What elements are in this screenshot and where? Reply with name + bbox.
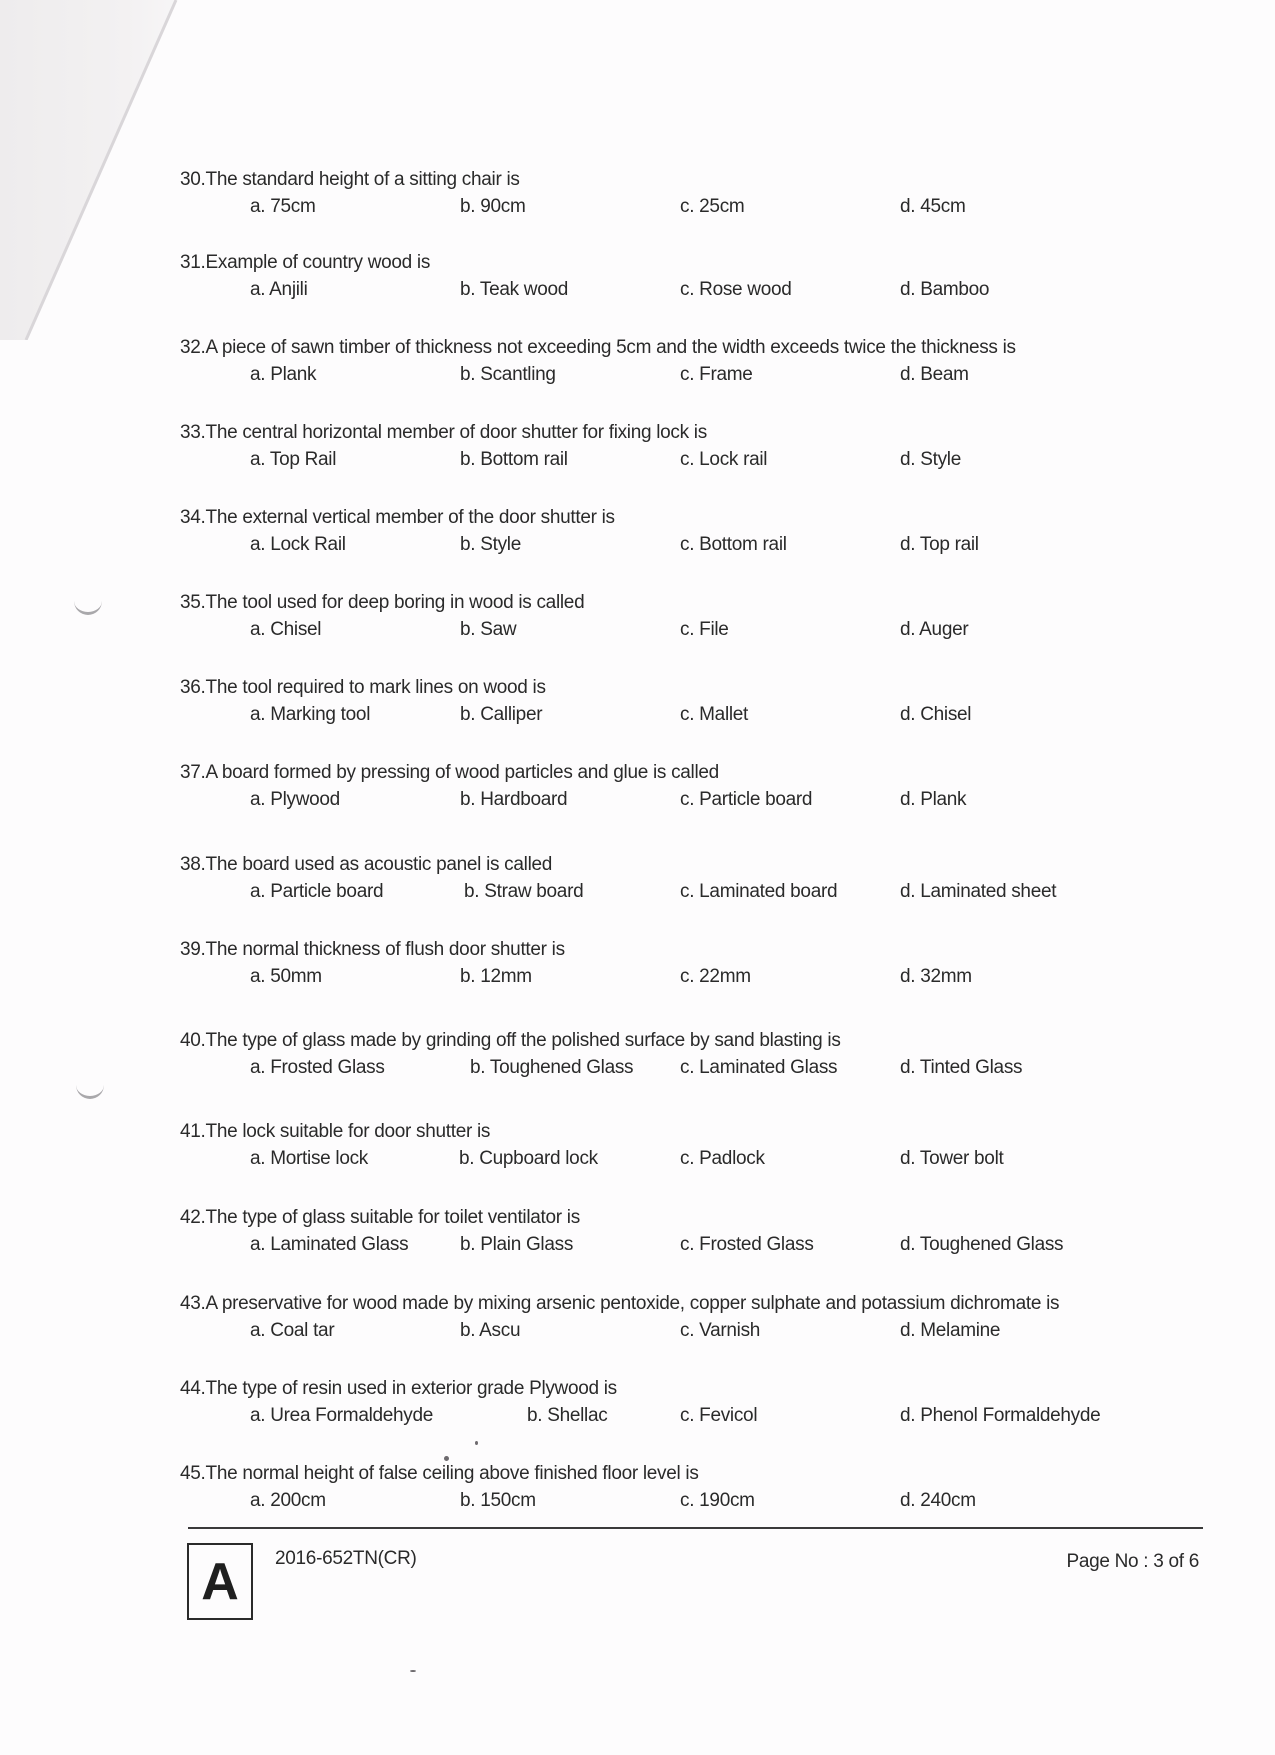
option-d[interactable]: d. Beam xyxy=(900,364,969,386)
option-c[interactable]: c. Laminated board xyxy=(680,881,837,903)
question-text: The normal height of false ceiling above… xyxy=(206,1463,699,1484)
question-44: 44.The type of resin used in exterior gr… xyxy=(180,1378,617,1429)
option-d[interactable]: d. Laminated sheet xyxy=(900,881,1056,903)
option-d[interactable]: d. Tower bolt xyxy=(900,1148,1003,1170)
option-d[interactable]: d. Chisel xyxy=(900,704,971,726)
exam-code: 2016-652TN(CR) xyxy=(275,1548,417,1570)
set-letter: A xyxy=(201,1552,239,1612)
punch-hole-mark-bottom xyxy=(76,1082,104,1099)
option-b[interactable]: b. Teak wood xyxy=(460,279,568,301)
option-row: a. Lock Rail b. Style c. Bottom rail d. … xyxy=(180,534,615,558)
question-41: 41.The lock suitable for door shutter is… xyxy=(180,1121,490,1172)
option-a[interactable]: a. Coal tar xyxy=(250,1320,334,1342)
question-number: 45. xyxy=(180,1463,206,1484)
option-a[interactable]: a. Mortise lock xyxy=(250,1148,368,1170)
punch-hole-mark-top xyxy=(74,598,102,615)
question-text: Example of country wood is xyxy=(206,252,431,273)
question-text: The external vertical member of the door… xyxy=(206,507,615,528)
question-40: 40.The type of glass made by grinding of… xyxy=(180,1030,841,1081)
scan-speck xyxy=(410,1670,416,1672)
option-row: a. Frosted Glass b. Toughened Glass c. L… xyxy=(180,1057,841,1081)
option-c[interactable]: c. Varnish xyxy=(680,1320,760,1342)
option-c[interactable]: c. Particle board xyxy=(680,789,812,811)
option-d[interactable]: d. Toughened Glass xyxy=(900,1234,1063,1256)
question-number: 43. xyxy=(180,1293,206,1314)
option-c[interactable]: c. 190cm xyxy=(680,1490,755,1512)
option-a[interactable]: a. Frosted Glass xyxy=(250,1057,385,1079)
question-39: 39.The normal thickness of flush door sh… xyxy=(180,939,565,990)
option-a[interactable]: a. Particle board xyxy=(250,881,383,903)
option-row: a. 75cm b. 90cm c. 25cm d. 45cm xyxy=(180,196,520,220)
question-text: The standard height of a sitting chair i… xyxy=(206,169,520,190)
question-text: The type of glass made by grinding off t… xyxy=(206,1030,841,1051)
question-text: The lock suitable for door shutter is xyxy=(206,1121,491,1142)
option-d[interactable]: d. 32mm xyxy=(900,966,972,988)
question-stem: 36.The tool required to mark lines on wo… xyxy=(180,677,546,699)
option-c[interactable]: c. Laminated Glass xyxy=(680,1057,837,1079)
option-b[interactable]: b. Toughened Glass xyxy=(470,1057,633,1079)
question-text: The tool required to mark lines on wood … xyxy=(206,677,546,698)
question-text: The type of resin used in exterior grade… xyxy=(206,1378,617,1399)
option-c[interactable]: c. File xyxy=(680,619,729,641)
question-number: 44. xyxy=(180,1378,206,1399)
question-number: 35. xyxy=(180,592,206,613)
scan-speck xyxy=(444,1456,449,1461)
option-a[interactable]: a. Lock Rail xyxy=(250,534,346,556)
question-number: 34. xyxy=(180,507,206,528)
question-stem: 30.The standard height of a sitting chai… xyxy=(180,169,520,191)
question-number: 39. xyxy=(180,939,206,960)
question-stem: 34.The external vertical member of the d… xyxy=(180,507,615,529)
question-32: 32.A piece of sawn timber of thickness n… xyxy=(180,337,1016,388)
question-stem: 41.The lock suitable for door shutter is xyxy=(180,1121,490,1143)
option-b[interactable]: b. Calliper xyxy=(460,704,542,726)
option-d[interactable]: d. Bamboo xyxy=(900,279,989,301)
question-stem: 43.A preservative for wood made by mixin… xyxy=(180,1293,1059,1315)
page-number: Page No : 3 of 6 xyxy=(1066,1551,1199,1573)
question-number: 31. xyxy=(180,252,206,273)
option-b[interactable]: b. Scantling xyxy=(460,364,556,386)
question-text: The type of glass suitable for toilet ve… xyxy=(206,1207,580,1228)
option-row: a. Coal tar b. Ascu c. Varnish d. Melami… xyxy=(180,1320,1059,1344)
footer-divider xyxy=(188,1527,1203,1529)
option-d[interactable]: d. Style xyxy=(900,449,961,471)
question-text: A board formed by pressing of wood parti… xyxy=(206,762,719,783)
option-b[interactable]: b. 90cm xyxy=(460,196,526,218)
question-stem: 35.The tool used for deep boring in wood… xyxy=(180,592,584,614)
option-a[interactable]: a. Plank xyxy=(250,364,316,386)
option-row: a. Chisel b. Saw c. File d. Auger xyxy=(180,619,584,643)
option-d[interactable]: d. 45cm xyxy=(900,196,966,218)
question-stem: 38.The board used as acoustic panel is c… xyxy=(180,854,552,876)
option-c[interactable]: c. Padlock xyxy=(680,1148,765,1170)
option-b[interactable]: b. 150cm xyxy=(460,1490,536,1512)
question-31: 31.Example of country wood is a. Anjili … xyxy=(180,252,430,303)
question-stem: 39.The normal thickness of flush door sh… xyxy=(180,939,565,961)
question-number: 41. xyxy=(180,1121,206,1142)
question-text: The board used as acoustic panel is call… xyxy=(206,854,553,875)
option-row: a. Top Rail b. Bottom rail c. Lock rail … xyxy=(180,449,707,473)
option-b[interactable]: b. Saw xyxy=(460,619,516,641)
option-row: a. Plywood b. Hardboard c. Particle boar… xyxy=(180,789,719,813)
question-text: The normal thickness of flush door shutt… xyxy=(206,939,565,960)
option-a[interactable]: a. Plywood xyxy=(250,789,340,811)
option-row: a. Marking tool b. Calliper c. Mallet d.… xyxy=(180,704,546,728)
option-a[interactable]: a. Anjili xyxy=(250,279,308,301)
question-stem: 40.The type of glass made by grinding of… xyxy=(180,1030,841,1052)
option-d[interactable]: d. Melamine xyxy=(900,1320,1000,1342)
question-35: 35.The tool used for deep boring in wood… xyxy=(180,592,584,643)
option-d[interactable]: d. Plank xyxy=(900,789,966,811)
option-d[interactable]: d. 240cm xyxy=(900,1490,976,1512)
option-row: a. 200cm b. 150cm c. 190cm d. 240cm xyxy=(180,1490,699,1514)
option-b[interactable]: b. Cupboard lock xyxy=(459,1148,598,1170)
option-a[interactable]: a. Urea Formaldehyde xyxy=(250,1405,433,1427)
question-stem: 31.Example of country wood is xyxy=(180,252,430,274)
question-43: 43.A preservative for wood made by mixin… xyxy=(180,1293,1059,1344)
option-b[interactable]: b. Bottom rail xyxy=(460,449,568,471)
option-b[interactable]: b. Style xyxy=(460,534,521,556)
question-number: 30. xyxy=(180,169,206,190)
option-c[interactable]: c. Bottom rail xyxy=(680,534,787,556)
question-set-badge: A xyxy=(187,1543,253,1620)
option-c[interactable]: c. Fevicol xyxy=(680,1405,757,1427)
option-a[interactable]: a. Laminated Glass xyxy=(250,1234,408,1256)
option-a[interactable]: a. Marking tool xyxy=(250,704,370,726)
option-a[interactable]: a. Top Rail xyxy=(250,449,336,471)
question-text: The central horizontal member of door sh… xyxy=(206,422,707,443)
question-number: 32. xyxy=(180,337,206,358)
question-text: A piece of sawn timber of thickness not … xyxy=(206,337,1016,358)
option-a[interactable]: a. Chisel xyxy=(250,619,321,641)
option-b[interactable]: b. Plain Glass xyxy=(460,1234,573,1256)
question-stem: 45.The normal height of false ceiling ab… xyxy=(180,1463,699,1485)
option-c[interactable]: c. Frame xyxy=(680,364,753,386)
question-30: 30.The standard height of a sitting chai… xyxy=(180,169,520,220)
option-a[interactable]: a. 200cm xyxy=(250,1490,326,1512)
question-number: 38. xyxy=(180,854,206,875)
question-42: 42.The type of glass suitable for toilet… xyxy=(180,1207,580,1258)
question-stem: 32.A piece of sawn timber of thickness n… xyxy=(180,337,1016,359)
question-stem: 33.The central horizontal member of door… xyxy=(180,422,707,444)
option-d[interactable]: d. Phenol Formaldehyde xyxy=(900,1405,1100,1427)
option-d[interactable]: d. Top rail xyxy=(900,534,979,556)
question-number: 37. xyxy=(180,762,206,783)
question-stem: 44.The type of resin used in exterior gr… xyxy=(180,1378,617,1400)
question-number: 40. xyxy=(180,1030,206,1051)
question-34: 34.The external vertical member of the d… xyxy=(180,507,615,558)
option-row: a. Plank b. Scantling c. Frame d. Beam xyxy=(180,364,1016,388)
option-b[interactable]: b. Hardboard xyxy=(460,789,567,811)
option-c[interactable]: c. Frosted Glass xyxy=(680,1234,814,1256)
question-number: 33. xyxy=(180,422,206,443)
question-number: 36. xyxy=(180,677,206,698)
option-c[interactable]: c. Rose wood xyxy=(680,279,792,301)
option-c[interactable]: c. 22mm xyxy=(680,966,751,988)
option-row: a. Anjili b. Teak wood c. Rose wood d. B… xyxy=(180,279,430,303)
option-b[interactable]: b. 12mm xyxy=(460,966,532,988)
option-a[interactable]: a. 50mm xyxy=(250,966,322,988)
question-38: 38.The board used as acoustic panel is c… xyxy=(180,854,552,905)
scan-speck xyxy=(475,1441,478,1445)
option-b[interactable]: b. Shellac xyxy=(527,1405,607,1427)
option-row: a. Particle board b. Straw board c. Lami… xyxy=(180,881,552,905)
option-c[interactable]: c. Lock rail xyxy=(680,449,767,471)
option-row: a. Mortise lock b. Cupboard lock c. Padl… xyxy=(180,1148,490,1172)
option-row: a. Urea Formaldehyde b. Shellac c. Fevic… xyxy=(180,1405,617,1429)
question-text: The tool used for deep boring in wood is… xyxy=(206,592,585,613)
option-d[interactable]: d. Auger xyxy=(900,619,968,641)
option-row: a. Laminated Glass b. Plain Glass c. Fro… xyxy=(180,1234,580,1258)
scanner-background-edge xyxy=(0,0,180,340)
question-number: 42. xyxy=(180,1207,206,1228)
question-stem: 42.The type of glass suitable for toilet… xyxy=(180,1207,580,1229)
question-stem: 37.A board formed by pressing of wood pa… xyxy=(180,762,719,784)
question-45: 45.The normal height of false ceiling ab… xyxy=(180,1463,699,1514)
question-33: 33.The central horizontal member of door… xyxy=(180,422,707,473)
question-37: 37.A board formed by pressing of wood pa… xyxy=(180,762,719,813)
option-c[interactable]: c. Mallet xyxy=(680,704,748,726)
option-d[interactable]: d. Tinted Glass xyxy=(900,1057,1022,1079)
option-row: a. 50mm b. 12mm c. 22mm d. 32mm xyxy=(180,966,565,990)
option-b[interactable]: b. Ascu xyxy=(460,1320,520,1342)
question-36: 36.The tool required to mark lines on wo… xyxy=(180,677,546,728)
option-c[interactable]: c. 25cm xyxy=(680,196,744,218)
question-text: A preservative for wood made by mixing a… xyxy=(206,1293,1060,1314)
option-a[interactable]: a. 75cm xyxy=(250,196,316,218)
option-b[interactable]: b. Straw board xyxy=(464,881,583,903)
